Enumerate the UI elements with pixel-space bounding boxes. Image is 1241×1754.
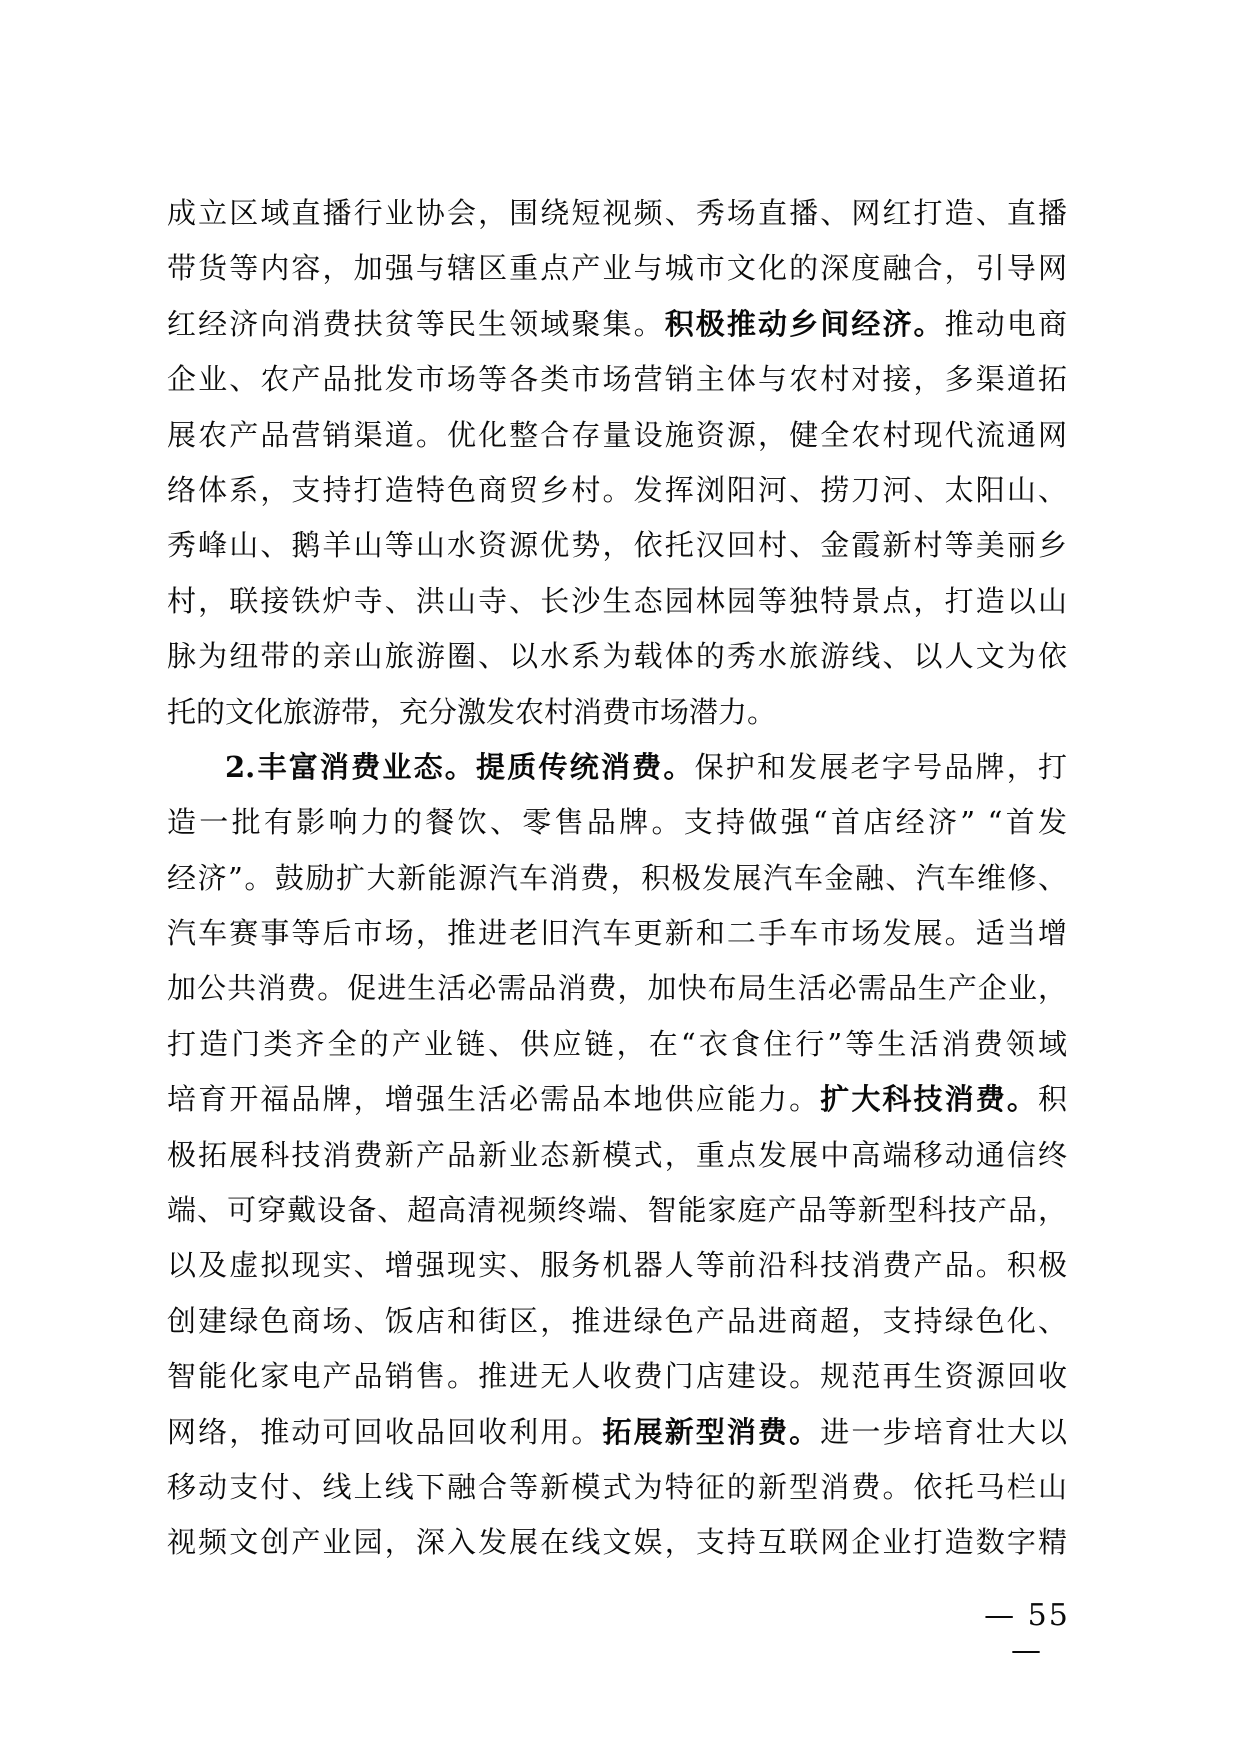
- text-line: 脉为纽带的亲山旅游圈、以水系为载体的秀水旅游线、以人文为依: [167, 629, 1067, 684]
- document-page: 成立区域直播行业协会，围绕短视频、秀场直播、网红打造、直播带货等内容，加强与辖区…: [0, 0, 1241, 1754]
- text-line: 托的文化旅游带，充分激发农村消费市场潜力。: [167, 685, 1067, 740]
- text-line: 极拓展科技消费新产品新业态新模式，重点发展中高端移动通信终: [167, 1128, 1067, 1183]
- text-line: 红经济向消费扶贫等民生领域聚集。积极推动乡间经济。推动电商: [167, 297, 1067, 352]
- text-segment: 托的文化旅游带，充分激发农村消费市场潜力。: [167, 695, 776, 729]
- text-line: 成立区域直播行业协会，围绕短视频、秀场直播、网红打造、直播: [167, 186, 1067, 241]
- bold-text-segment: 拓展新型消费。: [602, 1415, 820, 1449]
- text-line: 村，联接铁炉寺、洪山寺、长沙生态园林园等独特景点，打造以山: [167, 574, 1067, 629]
- text-segment: 打造门类齐全的产业链、供应链，在“衣食住行”等生活消费领域: [167, 1027, 1067, 1061]
- page-number: — 55 —: [967, 1598, 1087, 1668]
- text-segment: 成立区域直播行业协会，围绕短视频、秀场直播、网红打造、直播: [167, 196, 1067, 230]
- text-segment: 推动电商: [945, 307, 1067, 341]
- text-segment: 智能化家电产品销售。推进无人收费门店建设。规范再生资源回收: [167, 1359, 1067, 1393]
- text-segment: 视频文创产业园，深入发展在线文娱，支持互联网企业打造数字精: [167, 1525, 1067, 1559]
- text-segment: 积: [1038, 1082, 1067, 1116]
- text-segment: 创建绿色商场、饭店和街区，推进绿色产品进商超，支持绿色化、: [167, 1304, 1067, 1338]
- text-line: 经济”。鼓励扩大新能源汽车消费，积极发展汽车金融、汽车维修、: [167, 851, 1067, 906]
- text-segment: 秀峰山、鹅羊山等山水资源优势，依托汉回村、金霞新村等美丽乡: [167, 528, 1067, 562]
- text-line: 2.丰富消费业态。提质传统消费。保护和发展老字号品牌，打: [167, 740, 1067, 795]
- text-line: 智能化家电产品销售。推进无人收费门店建设。规范再生资源回收: [167, 1349, 1067, 1404]
- text-line: 加公共消费。促进生活必需品消费，加快布局生活必需品生产企业，: [167, 961, 1067, 1016]
- text-line: 秀峰山、鹅羊山等山水资源优势，依托汉回村、金霞新村等美丽乡: [167, 518, 1067, 573]
- text-line: 以及虚拟现实、增强现实、服务机器人等前沿科技消费产品。积极: [167, 1238, 1067, 1293]
- text-segment: 带货等内容，加强与辖区重点产业与城市文化的深度融合，引导网: [167, 251, 1067, 285]
- bold-text-segment: 扩大科技消费。: [820, 1082, 1038, 1116]
- text-line: 展农产品营销渠道。优化整合存量设施资源，健全农村现代流通网: [167, 408, 1067, 463]
- text-segment: 网络，推动可回收品回收利用。: [167, 1415, 602, 1449]
- text-segment: 移动支付、线上线下融合等新模式为特征的新型消费。依托马栏山: [167, 1470, 1067, 1504]
- text-line: 络体系，支持打造特色商贸乡村。发挥浏阳河、捞刀河、太阳山、: [167, 463, 1067, 518]
- text-line: 视频文创产业园，深入发展在线文娱，支持互联网企业打造数字精: [167, 1515, 1067, 1570]
- text-segment: 经济”。鼓励扩大新能源汽车消费，积极发展汽车金融、汽车维修、: [167, 861, 1067, 895]
- bold-text-segment: 积极推动乡间经济。: [665, 307, 945, 341]
- text-line: 企业、农产品批发市场等各类市场营销主体与农村对接，多渠道拓: [167, 352, 1067, 407]
- text-line: 汽车赛事等后市场，推进老旧汽车更新和二手车市场发展。适当增: [167, 906, 1067, 961]
- text-block: 成立区域直播行业协会，围绕短视频、秀场直播、网红打造、直播带货等内容，加强与辖区…: [167, 186, 1067, 1571]
- bold-text-segment: 2.丰富消费业态。提质传统消费。: [225, 750, 695, 784]
- text-segment: 加公共消费。促进生活必需品消费，加快布局生活必需品生产企业，: [167, 971, 1067, 1005]
- text-segment: 进一步培育壮大以: [820, 1415, 1067, 1449]
- text-line: 培育开福品牌，增强生活必需品本地供应能力。扩大科技消费。积: [167, 1072, 1067, 1127]
- text-line: 打造门类齐全的产业链、供应链，在“衣食住行”等生活消费领域: [167, 1017, 1067, 1072]
- text-segment: 造一批有影响力的餐饮、零售品牌。支持做强“首店经济” “首发: [167, 805, 1067, 839]
- text-segment: 以及虚拟现实、增强现实、服务机器人等前沿科技消费产品。积极: [167, 1248, 1067, 1282]
- text-line: 造一批有影响力的餐饮、零售品牌。支持做强“首店经济” “首发: [167, 795, 1067, 850]
- text-line: 网络，推动可回收品回收利用。拓展新型消费。进一步培育壮大以: [167, 1405, 1067, 1460]
- text-segment: 保护和发展老字号品牌，打: [695, 750, 1067, 784]
- text-segment: 络体系，支持打造特色商贸乡村。发挥浏阳河、捞刀河、太阳山、: [167, 473, 1067, 507]
- text-line: 移动支付、线上线下融合等新模式为特征的新型消费。依托马栏山: [167, 1460, 1067, 1515]
- text-line: 端、可穿戴设备、超高清视频终端、智能家庭产品等新型科技产品，: [167, 1183, 1067, 1238]
- text-segment: 极拓展科技消费新产品新业态新模式，重点发展中高端移动通信终: [167, 1138, 1067, 1172]
- text-segment: 端、可穿戴设备、超高清视频终端、智能家庭产品等新型科技产品，: [167, 1193, 1067, 1227]
- text-segment: 村，联接铁炉寺、洪山寺、长沙生态园林园等独特景点，打造以山: [167, 584, 1067, 618]
- text-segment: 企业、农产品批发市场等各类市场营销主体与农村对接，多渠道拓: [167, 362, 1067, 396]
- text-segment: 展农产品营销渠道。优化整合存量设施资源，健全农村现代流通网: [167, 418, 1067, 452]
- text-segment: 培育开福品牌，增强生活必需品本地供应能力。: [167, 1082, 820, 1116]
- text-segment: 脉为纽带的亲山旅游圈、以水系为载体的秀水旅游线、以人文为依: [167, 639, 1067, 673]
- text-segment: 汽车赛事等后市场，推进老旧汽车更新和二手车市场发展。适当增: [167, 916, 1067, 950]
- text-segment: 红经济向消费扶贫等民生领域聚集。: [167, 307, 665, 341]
- text-line: 带货等内容，加强与辖区重点产业与城市文化的深度融合，引导网: [167, 241, 1067, 296]
- text-line: 创建绿色商场、饭店和街区，推进绿色产品进商超，支持绿色化、: [167, 1294, 1067, 1349]
